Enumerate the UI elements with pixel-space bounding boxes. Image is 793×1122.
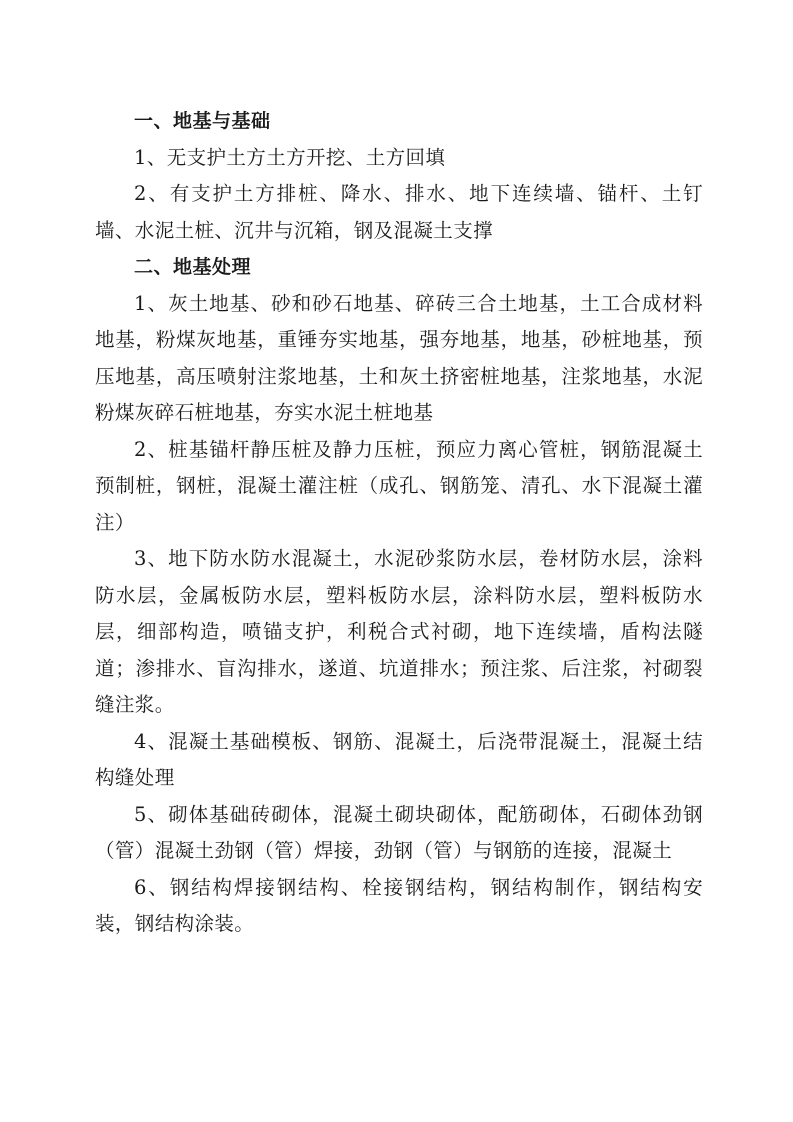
paragraph-item: 2、桩基锚杆静压桩及静力压桩，预应力离心管桩，钢筋混凝土预制桩，钢桩，混凝土灌注… [95, 432, 703, 542]
document-page: 一、地基与基础 1、无支护土方土方开挖、土方回填 2、有支护土方排桩、降水、排水… [95, 103, 703, 943]
paragraph-item: 1、无支护土方土方开挖、土方回填 [95, 140, 703, 177]
paragraph-item: 1、灰土地基、砂和砂石地基、碎砖三合土地基，土工合成材料地基，粉煤灰地基，重锤夯… [95, 286, 703, 432]
section-heading-foundation: 一、地基与基础 [95, 103, 703, 140]
paragraph-item: 6、钢结构焊接钢结构、栓接钢结构，钢结构制作，钢结构安装，钢结构涂装。 [95, 870, 703, 943]
paragraph-item: 2、有支护土方排桩、降水、排水、地下连续墙、锚杆、土钉墙、水泥土桩、沉井与沉箱，… [95, 176, 703, 249]
paragraph-item: 5、砌体基础砖砌体，混凝土砌块砌体，配筋砌体，石砌体劲钢（管）混凝土劲钢（管）焊… [95, 797, 703, 870]
paragraph-item: 4、混凝土基础模板、钢筋、混凝土，后浇带混凝土，混凝土结构缝处理 [95, 724, 703, 797]
section-heading-ground-treatment: 二、地基处理 [95, 249, 703, 286]
paragraph-item: 3、地下防水防水混凝土，水泥砂浆防水层，卷材防水层，涂料防水层，金属板防水层，塑… [95, 541, 703, 724]
